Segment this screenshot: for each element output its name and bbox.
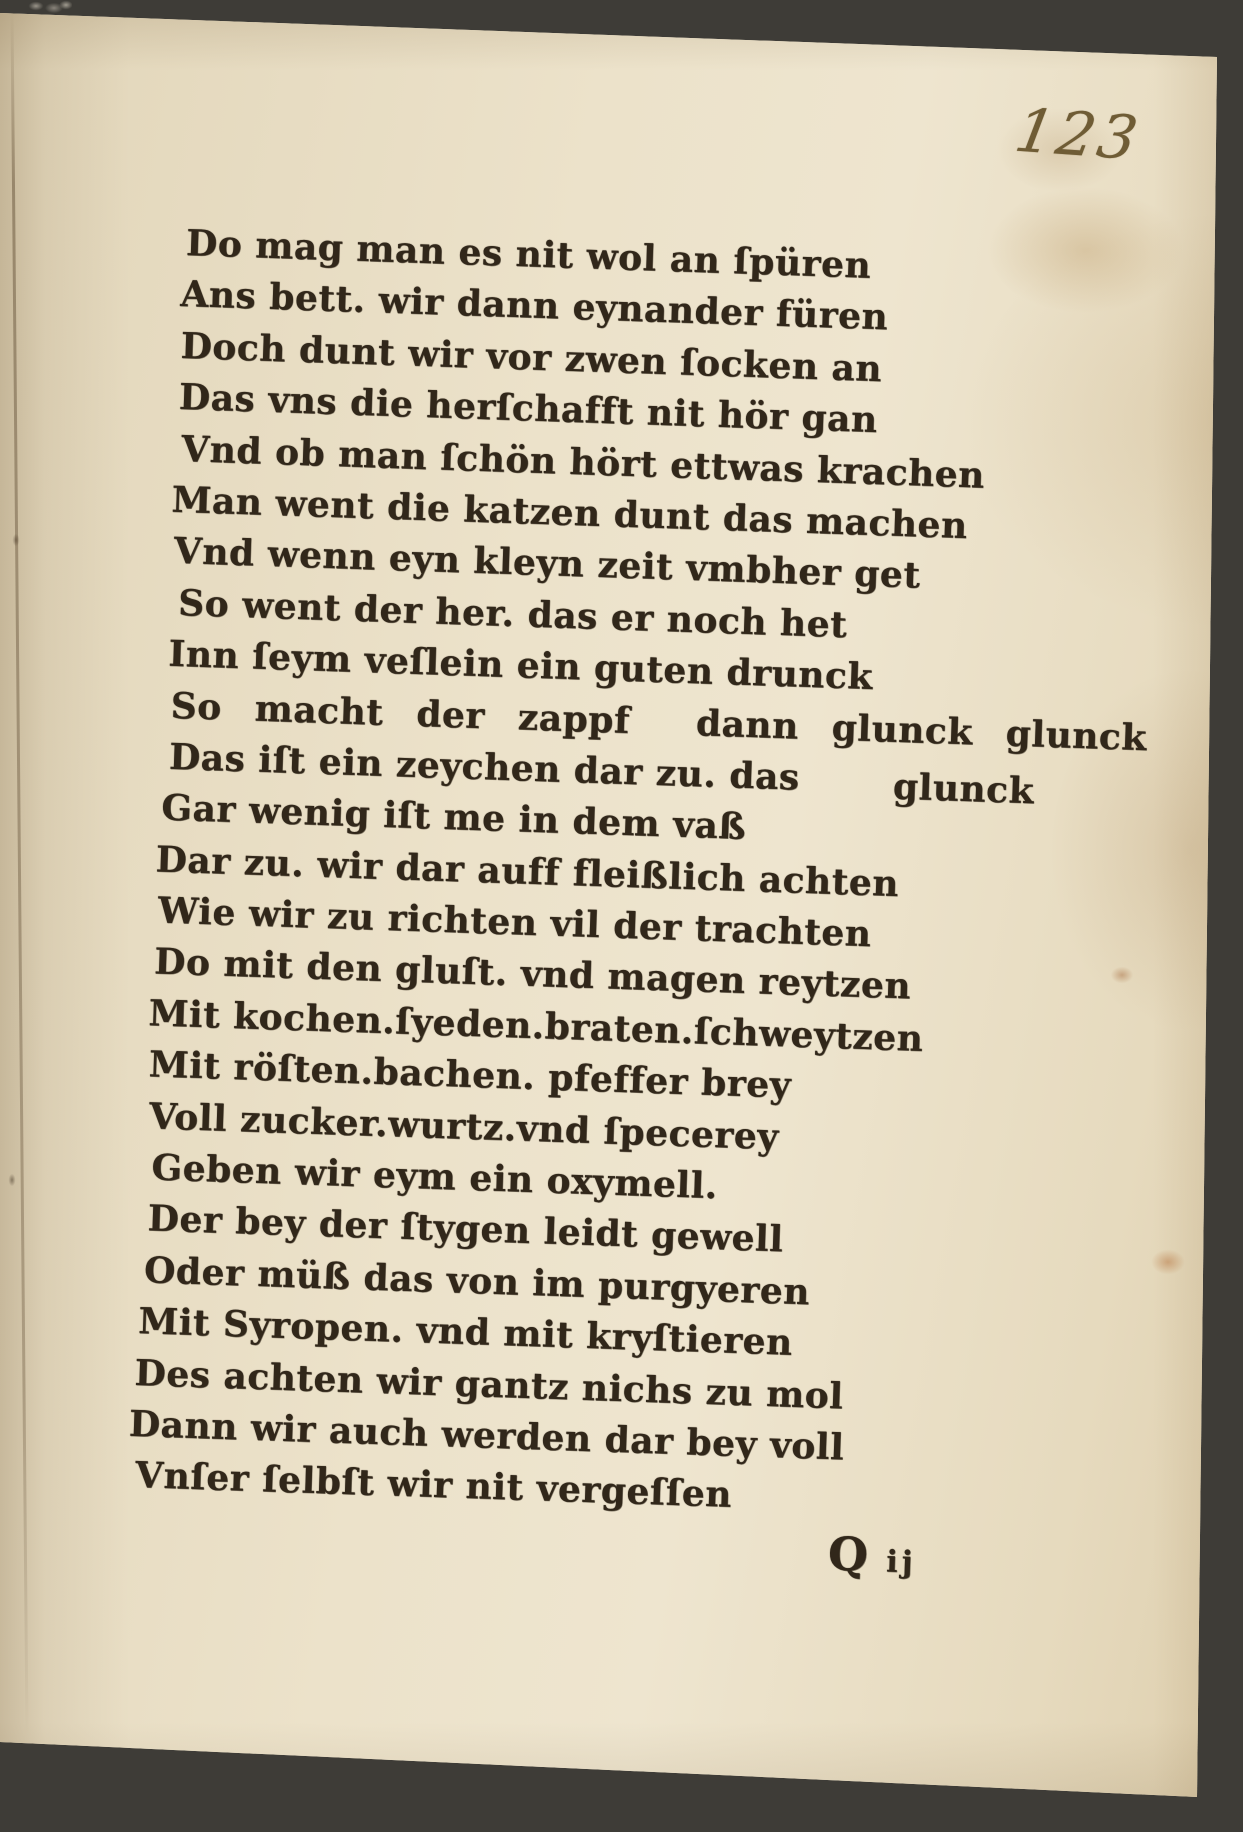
margin-overflow-word: glunck bbox=[892, 766, 1034, 813]
handwritten-folio-number: 123 bbox=[1010, 96, 1145, 174]
book-page-sheet: Do mag man es nit wol an ſpürenAns bett.… bbox=[0, 0, 1243, 1832]
scan-canvas: { "page": { "description_label": "scanne… bbox=[0, 0, 1243, 1832]
gutter-crease bbox=[10, 12, 28, 1736]
quire-signature: Q ij bbox=[827, 1527, 918, 1584]
binding-thread bbox=[24, 0, 72, 18]
poem-text-block: Do mag man es nit wol an ſpürenAns bett.… bbox=[140, 218, 1162, 1535]
